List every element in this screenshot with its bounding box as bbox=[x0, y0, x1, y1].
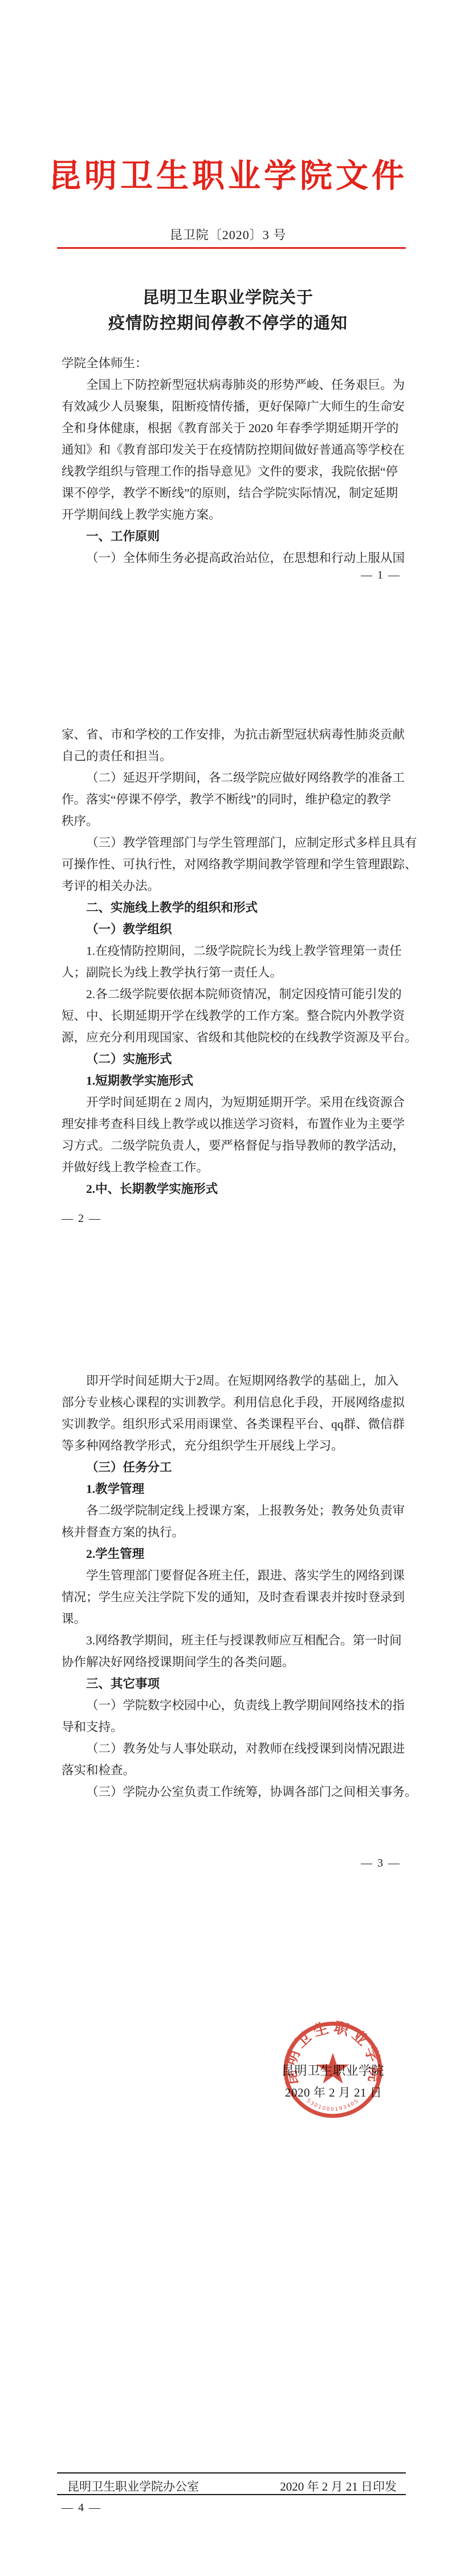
body-line: 可操作性、可执行性，对网络教学期间教学管理和学生管理跟踪、 bbox=[62, 854, 407, 875]
page-2-body: 家、省、市和学校的工作安排，为抗击新型冠状病毒性肺炎贡献自己的责任和担当。（二）… bbox=[62, 724, 407, 1200]
body-line: 二、实施线上教学的组织和形式 bbox=[62, 897, 407, 918]
body-line: 考评的相关办法。 bbox=[62, 875, 407, 897]
page-1-number: — 1 — bbox=[361, 567, 401, 583]
body-line: 开学期间线上教学实施方案。 bbox=[62, 504, 407, 526]
notice-title-line1: 昆明卫生职业学院关于 bbox=[0, 285, 456, 308]
body-line: 2.学生管理 bbox=[62, 1543, 407, 1565]
body-line: （一）全体师生务必提高政治站位，在思想和行动上服从国 bbox=[62, 547, 407, 569]
footer-row: 昆明卫生职业学院办公室 2020 年 2 月 21 日印发 bbox=[67, 2477, 397, 2495]
body-line: 课不停学，教学不断线”的原则，结合学院实际情况，制定延期 bbox=[62, 482, 407, 504]
body-line: 三、其它事项 bbox=[62, 1673, 407, 1695]
official-document: 昆明卫生职业学院文件 昆卫院〔2020〕3 号 昆明卫生职业学院关于 疫情防控期… bbox=[0, 0, 456, 2576]
body-line: 各二级学院制定线上授课方案，上报教务处；教务处负责审 bbox=[62, 1500, 407, 1521]
body-line: 即开学时间延期大于2周。在短期网络教学的基础上，加入 bbox=[62, 1370, 407, 1392]
body-line: 等多种网络教学形式，充分组织学生开展线上学习。 bbox=[62, 1435, 407, 1457]
body-line: 开学时间延期在 2 周内，为短期延期开学。采用在线资源合 bbox=[62, 1092, 407, 1113]
body-line: （二）实施形式 bbox=[62, 1048, 407, 1070]
body-line: 学院全体师生： bbox=[62, 352, 407, 374]
body-line: （一）教学组织 bbox=[62, 918, 407, 940]
page-3-number: — 3 — bbox=[361, 1855, 401, 1871]
body-line: 实训教学。组织形式采用雨课堂、各类课程平台、qq群、微信群 bbox=[62, 1413, 407, 1435]
body-line: 一、工作原则 bbox=[62, 526, 407, 547]
body-line: 落实和检查。 bbox=[62, 1759, 407, 1781]
body-line: 线教学组织与管理工作的指导意见》文件的要求，我院依据“停 bbox=[62, 461, 407, 482]
official-seal: 昆明卫生职业学院 5301000193405 bbox=[282, 2020, 384, 2119]
doc-number: 昆卫院〔2020〕3 号 bbox=[0, 225, 456, 243]
body-line: 全国上下防控新型冠状病毒肺炎的形势严峻、任务艰巨。为 bbox=[62, 374, 407, 396]
footer-print-date: 2020 年 2 月 21 日印发 bbox=[280, 2477, 397, 2495]
body-line: 秩序。 bbox=[62, 810, 407, 832]
body-line: （一）学院数字校园中心，负责线上教学期间网络技术的指 bbox=[62, 1695, 407, 1716]
body-line: 源，应充分利用现国家、省级和其他院校的在线教学资源及平台。 bbox=[62, 1027, 407, 1048]
page-2-number: — 2 — bbox=[62, 1211, 101, 1227]
footer-rule-bottom bbox=[57, 2494, 406, 2495]
body-line: 2.各二级学院要依据本院师资情况，制定因疫情可能引发的 bbox=[62, 983, 407, 1005]
body-line: 习方式。二级学院负责人，要严格督促与指导教师的教学活动， bbox=[62, 1135, 407, 1156]
body-line: （二）延迟开学期间，各二级学院应做好网络教学的准备工 bbox=[62, 767, 407, 789]
body-line: 1.短期教学实施形式 bbox=[62, 1070, 407, 1092]
page-1-body: 学院全体师生：全国上下防控新型冠状病毒肺炎的形势严峻、任务艰巨。为有效减少人员聚… bbox=[62, 352, 407, 569]
body-line: 通知》和《教育部印发关于在疫情防控期间做好普通高等学校在 bbox=[62, 439, 407, 461]
footer-office: 昆明卫生职业学院办公室 bbox=[67, 2477, 199, 2495]
body-line: （三）教学管理部门与学生管理部门，应制定形式多样且具有 bbox=[62, 832, 407, 854]
body-line: 并做好线上教学检查工作。 bbox=[62, 1156, 407, 1178]
body-line: 学生管理部门要督促各班主任，跟进、落实学生的网络到课 bbox=[62, 1565, 407, 1586]
body-line: 课。 bbox=[62, 1608, 407, 1630]
body-line: 自己的责任和担当。 bbox=[62, 745, 407, 767]
body-line: 人；副院长为线上教学执行第一责任人。 bbox=[62, 962, 407, 983]
body-line: 导和支持。 bbox=[62, 1716, 407, 1738]
body-line: （三）任务分工 bbox=[62, 1457, 407, 1478]
body-line: 短、中、长期延期开学在线教学的工作方案。整合院内外教学资 bbox=[62, 1005, 407, 1027]
body-line: 1.教学管理 bbox=[62, 1478, 407, 1500]
red-separator-rule bbox=[57, 247, 406, 249]
body-line: 有效减少人员聚集，阻断疫情传播，更好保障广大师生的生命安 bbox=[62, 396, 407, 417]
body-line: 2.中、长期教学实施形式 bbox=[62, 1178, 407, 1200]
body-line: 1.在疫情防控期间，二级学院院长为线上教学管理第一责任 bbox=[62, 940, 407, 962]
seal-star bbox=[316, 2053, 349, 2083]
body-line: 核并督查方案的执行。 bbox=[62, 1521, 407, 1543]
document-header-title: 昆明卫生职业学院文件 bbox=[0, 150, 456, 196]
body-line: 协作解决好网络授课期间学生的各类问题。 bbox=[62, 1651, 407, 1673]
body-line: 作。落实“停课不停学，教学不断线”的同时，维护稳定的教学 bbox=[62, 789, 407, 810]
footer-rule-top bbox=[57, 2472, 406, 2474]
body-line: 全和身体健康，根据《教育部关于 2020 年春季学期延期开学的 bbox=[62, 417, 407, 439]
body-line: 理安排考查科目线上教学或以推送学习资料，布置作业为主要学 bbox=[62, 1113, 407, 1135]
page-3-body: 即开学时间延期大于2周。在短期网络教学的基础上，加入部分专业核心课程的实训教学。… bbox=[62, 1370, 407, 1803]
body-line: 家、省、市和学校的工作安排，为抗击新型冠状病毒性肺炎贡献 bbox=[62, 724, 407, 745]
body-line: （三）学院办公室负责工作统筹，协调各部门之间相关事务。 bbox=[62, 1781, 407, 1803]
body-line: （二）教务处与人事处联动，对教师在线授课到岗情况跟进 bbox=[62, 1738, 407, 1759]
page-4-number: — 4 — bbox=[62, 2500, 101, 2516]
body-line: 情况；学生应关注学院下发的通知，及时查看课表并按时登录到 bbox=[62, 1586, 407, 1608]
notice-title-line2: 疫情防控期间停教不停学的通知 bbox=[0, 310, 456, 334]
body-line: 部分专业核心课程的实训教学。利用信息化手段，开展网络虚拟 bbox=[62, 1392, 407, 1413]
body-line: 3.网络教学期间，班主任与授课教师应互相配合。第一时间 bbox=[62, 1630, 407, 1651]
